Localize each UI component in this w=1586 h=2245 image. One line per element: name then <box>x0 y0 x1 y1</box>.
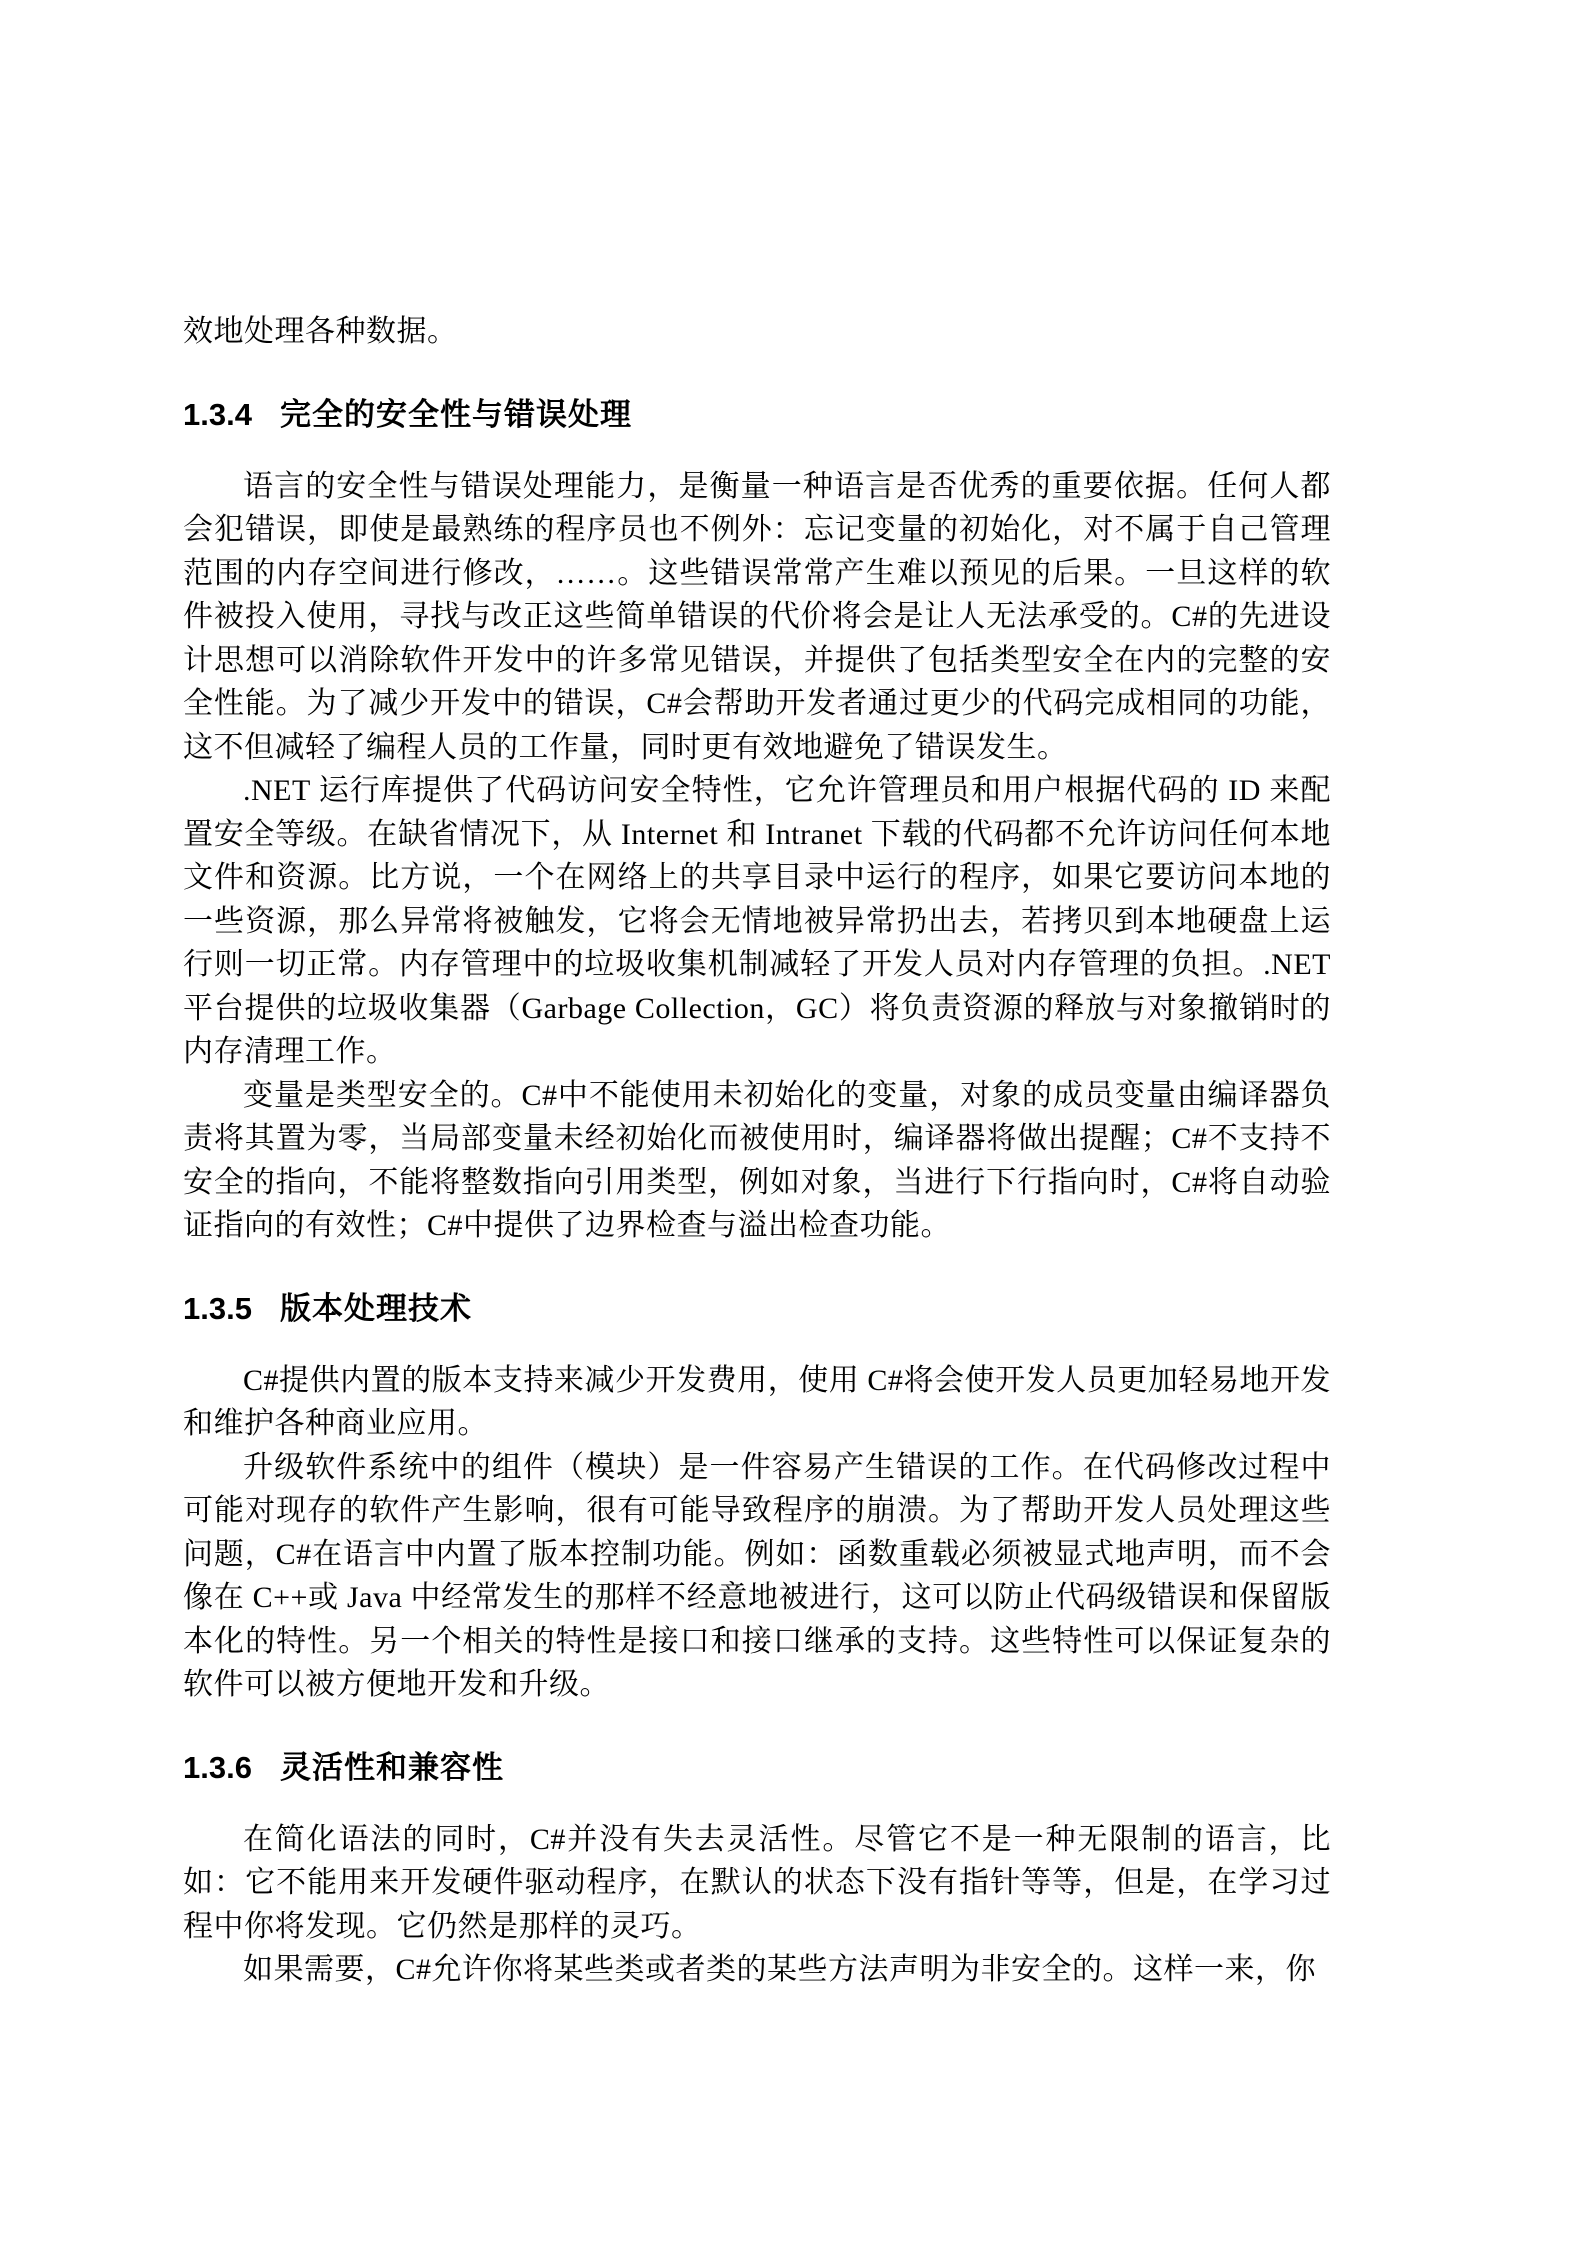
paragraph: .NET 运行库提供了代码访问安全特性，它允许管理员和用户根据代码的 ID 来配… <box>183 769 1331 1074</box>
book-page: { "page": { "background": "#ffffff", "te… <box>0 0 1586 2245</box>
paragraph: 变量是类型安全的。C#中不能使用未初始化的变量，对象的成员变量由编译器负责将其置… <box>183 1074 1331 1248</box>
section-heading-1-3-5: 1.3.5版本处理技术 <box>183 1292 1331 1326</box>
page-content: 效地处理各种数据。 1.3.4完全的安全性与错误处理 语言的安全性与错误处理能力… <box>183 310 1331 1992</box>
paragraph-continuation: 效地处理各种数据。 <box>183 310 1331 354</box>
section-title: 版本处理技术 <box>280 1291 472 1326</box>
paragraph: 在简化语法的同时，C#并没有失去灵活性。尽管它不是一种无限制的语言，比如：它不能… <box>183 1818 1331 1949</box>
section-heading-1-3-6: 1.3.6灵活性和兼容性 <box>183 1751 1331 1785</box>
paragraph: 如果需要，C#允许你将某些类或者类的某些方法声明为非安全的。这样一来，你 <box>183 1948 1331 1992</box>
section-number: 1.3.4 <box>183 398 252 432</box>
paragraph: 语言的安全性与错误处理能力，是衡量一种语言是否优秀的重要依据。任何人都会犯错误，… <box>183 465 1331 770</box>
section-title: 完全的安全性与错误处理 <box>280 397 632 432</box>
section-title: 灵活性和兼容性 <box>280 1750 504 1785</box>
section-number: 1.3.5 <box>183 1292 252 1326</box>
paragraph: 升级软件系统中的组件（模块）是一件容易产生错误的工作。在代码修改过程中可能对现存… <box>183 1446 1331 1707</box>
section-number: 1.3.6 <box>183 1751 252 1785</box>
section-heading-1-3-4: 1.3.4完全的安全性与错误处理 <box>183 398 1331 432</box>
paragraph: C#提供内置的版本支持来减少开发费用，使用 C#将会使开发人员更加轻易地开发和维… <box>183 1359 1331 1446</box>
